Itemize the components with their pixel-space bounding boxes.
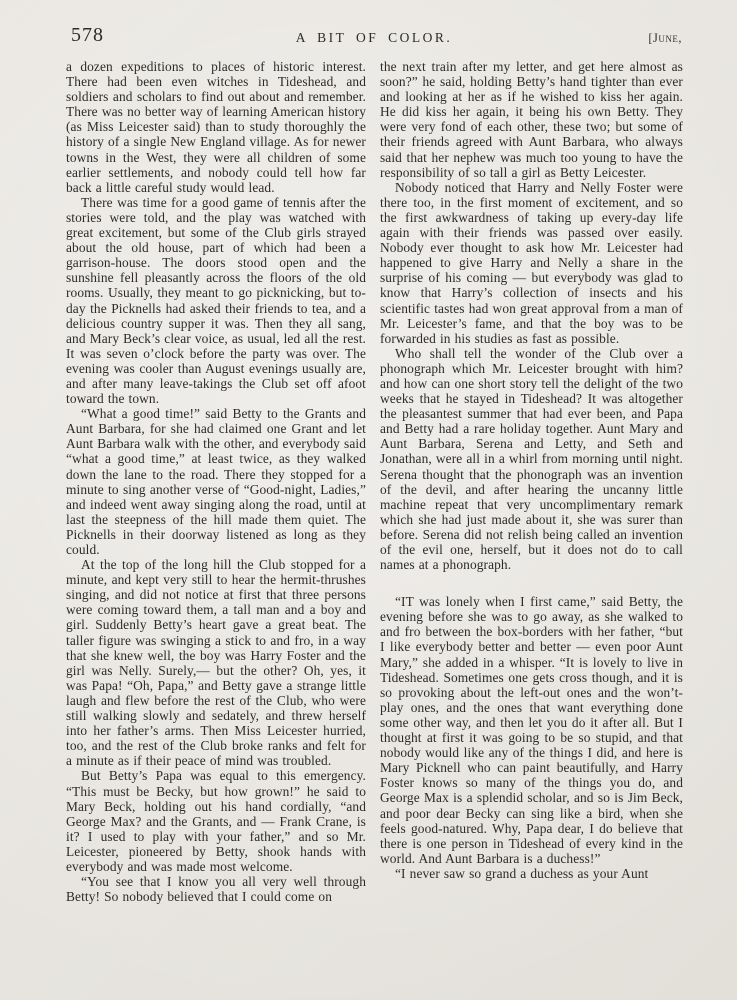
column-left: a dozen expeditions to places of histori…	[66, 59, 366, 904]
running-head: 578 A BIT OF COLOR. [June,	[66, 22, 682, 52]
paragraph: “You see that I know you all very well t…	[66, 874, 366, 904]
paragraph: Who shall tell the wonder of the Club ov…	[380, 346, 683, 572]
paragraph: Nobody noticed that Harry and Nelly Fost…	[380, 180, 683, 346]
paragraph: “I never saw so grand a duchess as your …	[380, 866, 683, 881]
paragraph: “What a good time!” said Betty to the Gr…	[66, 406, 366, 557]
paragraph: a dozen expeditions to places of histori…	[66, 59, 366, 195]
issue-date: [June,	[648, 31, 682, 46]
paragraph-section-start: “IT was lonely when I first came,” said …	[380, 594, 683, 866]
column-right: the next train after my letter, and get …	[380, 59, 683, 904]
text-block: a dozen expeditions to places of histori…	[66, 59, 683, 904]
paragraph: But Betty’s Papa was equal to this emerg…	[66, 768, 366, 874]
paragraph: the next train after my letter, and get …	[380, 59, 683, 180]
running-title: A BIT OF COLOR.	[66, 30, 682, 46]
paragraph: There was time for a good game of tennis…	[66, 195, 366, 406]
paragraph: At the top of the long hill the Club sto…	[66, 557, 366, 768]
scanned-book-page: 578 A BIT OF COLOR. [June, a dozen exped…	[0, 0, 737, 1000]
